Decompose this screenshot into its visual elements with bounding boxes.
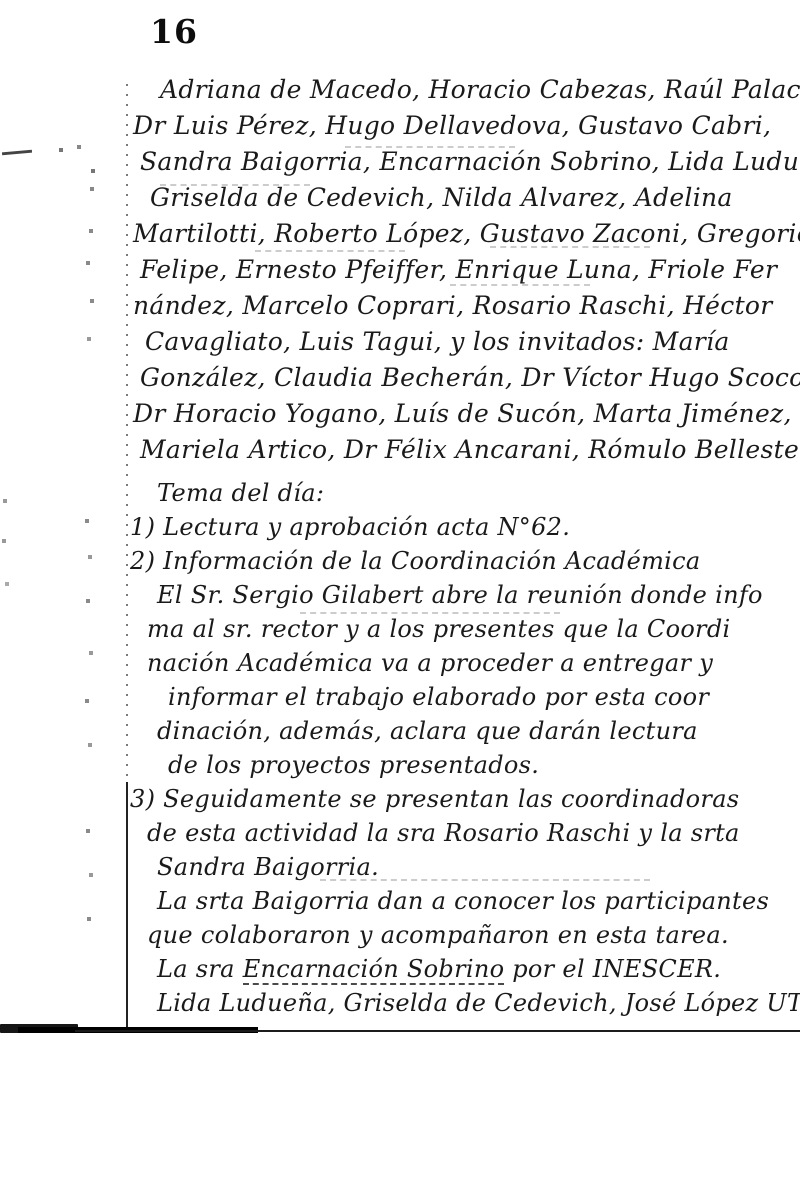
handwritten-line: Dr Horacio Yogano, Luís de Sucón, Marta … xyxy=(133,396,800,432)
handwritten-line: Felipe, Ernesto Pfeiffer, Enrique Luna, … xyxy=(133,252,800,288)
handwritten-line: nación Académica va a proceder a entrega… xyxy=(130,646,800,680)
handwritten-line: Lida Ludueña, Griselda de Cedevich, José… xyxy=(130,986,800,1020)
handwritten-line: de esta actividad la sra Rosario Raschi … xyxy=(130,816,800,850)
handwritten-line: que colaboraron y acompañaron en esta ta… xyxy=(130,918,800,952)
handwritten-line: Sandra Baigorria, Encarnación Sobrino, L… xyxy=(133,144,800,180)
scan-underline-artifact xyxy=(450,284,590,286)
inescer-line-post: por el INESCER. xyxy=(504,955,721,983)
agenda-item-2: 2) Información de la Coordinación Académ… xyxy=(130,544,800,578)
bottom-rule-thin xyxy=(75,1030,800,1032)
handwritten-line: La srta Baigorria dan a conocer los part… xyxy=(130,884,800,918)
handwritten-line: Dr Luis Pérez, Hugo Dellavedova, Gustavo… xyxy=(133,108,800,144)
margin-rule-solid xyxy=(126,782,128,1032)
scan-scratch-mark xyxy=(2,150,32,156)
handwritten-line: Cavagliato, Luis Tagui, y los invitados:… xyxy=(133,324,800,360)
page-number: 16 xyxy=(150,12,198,51)
inescer-line-pre: La sra xyxy=(157,955,243,983)
underlined-name: Encarnación Sobrino xyxy=(243,955,505,985)
agenda-item-3: 3) Seguidamente se presentan las coordin… xyxy=(130,782,800,816)
scan-underline-artifact xyxy=(490,246,650,248)
margin-rule-dotted xyxy=(126,84,128,782)
scan-underline-artifact xyxy=(300,612,560,614)
scanned-minutes-page: 16 Adriana de Macedo, Horacio Cabezas, R… xyxy=(0,0,800,1200)
scan-underline-artifact xyxy=(255,250,405,252)
handwritten-line: informar el trabajo elaborado por esta c… xyxy=(130,680,800,714)
handwritten-line: de los proyectos presentados. xyxy=(130,748,800,782)
scan-underline-artifact xyxy=(345,146,515,148)
scan-underline-artifact xyxy=(160,184,310,186)
handwritten-line: El Sr. Sergio Gilabert abre la reunión d… xyxy=(130,578,800,612)
handwritten-line: González, Claudia Becherán, Dr Víctor Hu… xyxy=(133,360,800,396)
attendees-list: Adriana de Macedo, Horacio Cabezas, Raúl… xyxy=(133,72,800,468)
handwritten-line: ma al sr. rector y a los presentes que l… xyxy=(130,612,800,646)
inescer-line: La sra Encarnación Sobrino por el INESCE… xyxy=(130,952,800,986)
minutes-body: Tema del día: 1) Lectura y aprobación ac… xyxy=(130,476,800,1020)
handwritten-line: nández, Marcelo Coprari, Rosario Raschi,… xyxy=(133,288,800,324)
handwritten-line: Adriana de Macedo, Horacio Cabezas, Raúl… xyxy=(133,72,800,108)
scan-underline-artifact xyxy=(320,879,650,881)
handwritten-line: dinación, además, aclara que darán lectu… xyxy=(130,714,800,748)
handwritten-line: Martilotti, Roberto López, Gustavo Zacon… xyxy=(133,216,800,252)
handwritten-line: Mariela Artico, Dr Félix Ancarani, Rómul… xyxy=(133,432,800,468)
scan-speckles xyxy=(0,0,2,2)
agenda-item-1: 1) Lectura y aprobación acta N°62. xyxy=(130,510,800,544)
agenda-heading: Tema del día: xyxy=(130,476,800,510)
